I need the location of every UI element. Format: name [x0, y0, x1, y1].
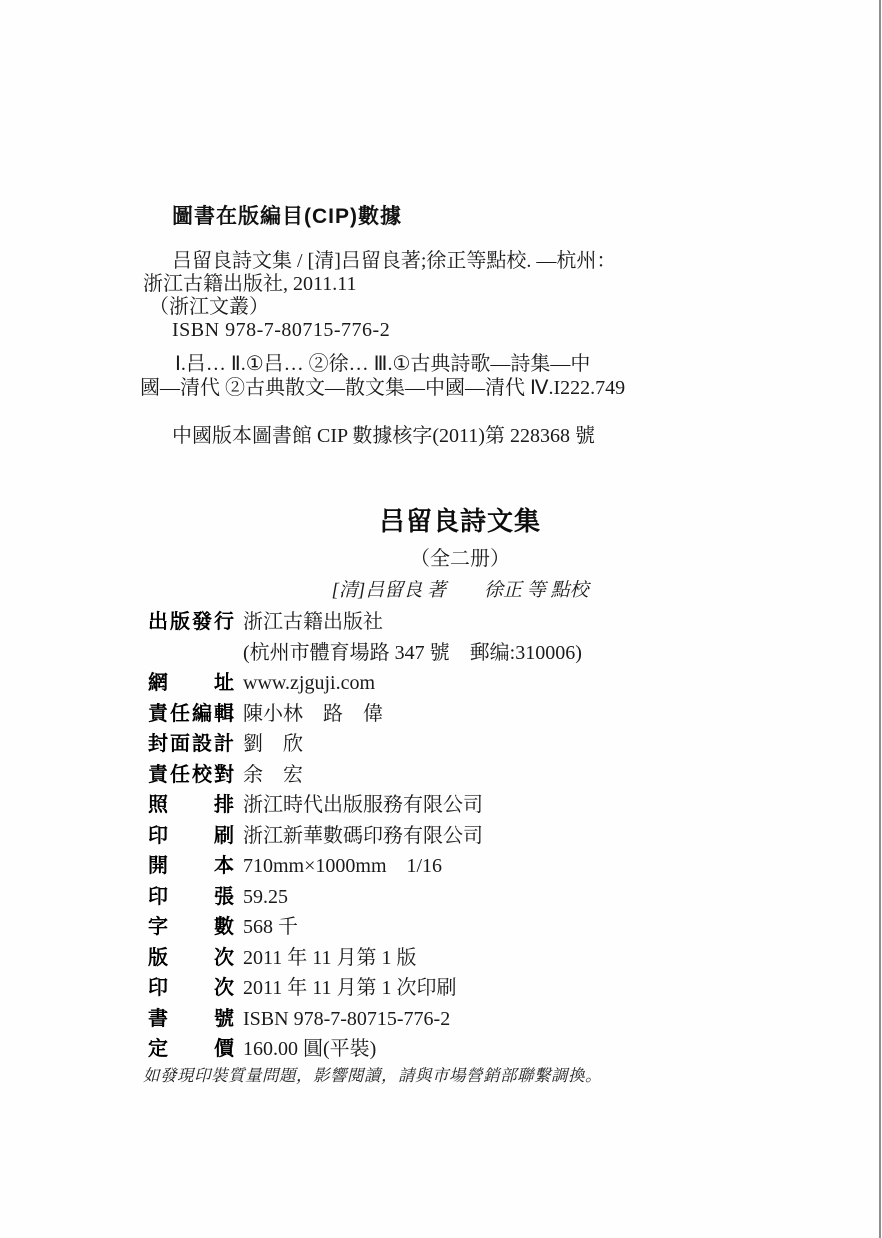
- info-row-label: 定價: [148, 1034, 234, 1065]
- info-row-value: 劉 欣: [243, 729, 303, 760]
- info-row: 印次2011 年 11 月第 1 次印刷: [148, 973, 582, 1004]
- cip-record-line: （浙江文叢）: [143, 296, 616, 319]
- info-row: 出版發行浙江古籍出版社: [148, 607, 582, 638]
- book-subtitle: （全二册）: [0, 546, 882, 572]
- cip-record-line: 浙江古籍出版社, 2011.11: [143, 273, 616, 296]
- info-row: 印刷浙江新華數碼印務有限公司: [148, 821, 582, 852]
- book-colophon-page: 圖書在版編目(CIP)數據 吕留良詩文集 / [清]吕留良著;徐正等點校. —杭…: [0, 0, 882, 1238]
- info-row-label: 印張: [148, 882, 234, 913]
- info-row-value: 浙江新華數碼印務有限公司: [243, 821, 483, 852]
- info-row-value: 浙江時代出版服務有限公司: [243, 790, 483, 821]
- info-row-value: 59.25: [243, 882, 288, 913]
- info-row: 網址www.zjguji.com: [148, 668, 582, 699]
- info-row-label: 責任校對: [148, 760, 234, 791]
- info-row: 責任編輯陳小林 路 偉: [148, 699, 582, 730]
- cip-classification-paragraph: Ⅰ.吕… Ⅱ.①吕… ②徐… Ⅲ.①古典詩歌—詩集—中 國—清代 ②古典散文—散…: [140, 352, 625, 400]
- info-row-value: www.zjguji.com: [243, 668, 375, 699]
- cip-classification-line: 國—清代 ②古典散文—散文集—中國—清代 Ⅳ.I222.749: [140, 376, 625, 400]
- info-row: 書號ISBN 978-7-80715-776-2: [148, 1004, 582, 1035]
- cip-classification-line: Ⅰ.吕… Ⅱ.①吕… ②徐… Ⅲ.①古典詩歌—詩集—中: [140, 352, 625, 376]
- info-row-value: 568 千: [243, 912, 298, 943]
- info-row-label: 網址: [148, 668, 234, 699]
- info-row-label: 封面設計: [148, 729, 234, 760]
- info-row-value: 2011 年 11 月第 1 次印刷: [243, 973, 457, 1004]
- title-block: 吕留良詩文集 （全二册） [清]吕留良 著 徐正 等 點校: [0, 504, 882, 603]
- info-row-value: 浙江古籍出版社: [243, 607, 383, 638]
- cip-record-line: 吕留良詩文集 / [清]吕留良著;徐正等點校. —杭州：: [143, 250, 616, 273]
- scan-edge-line: [879, 0, 881, 1238]
- info-row: 定價160.00 圓(平裝): [148, 1034, 582, 1065]
- quality-exchange-note: 如發現印裝質量問題，影響閱讀，請與市場營銷部聯繫調換。: [143, 1062, 602, 1086]
- info-row-value: (杭州市體育場路 347 號 郵编:310006): [243, 638, 582, 669]
- info-row: 版次2011 年 11 月第 1 版: [148, 943, 582, 974]
- info-row-label: 版次: [148, 943, 234, 974]
- info-row-label: 開本: [148, 851, 234, 882]
- info-row: 封面設計劉 欣: [148, 729, 582, 760]
- info-row-label: 字數: [148, 912, 234, 943]
- cip-record-paragraph: 吕留良詩文集 / [清]吕留良著;徐正等點校. —杭州： 浙江古籍出版社, 20…: [143, 250, 616, 342]
- info-row-label: 責任編輯: [148, 699, 234, 730]
- info-row-value: ISBN 978-7-80715-776-2: [243, 1004, 450, 1035]
- cip-record-number: 中國版本圖書館 CIP 數據核字(2011)第 228368 號: [172, 419, 595, 448]
- book-title: 吕留良詩文集: [0, 504, 882, 538]
- info-row-value: 710mm×1000mm 1/16: [243, 851, 442, 882]
- info-row: (杭州市體育場路 347 號 郵编:310006): [148, 638, 582, 669]
- info-row-label: 書號: [148, 1004, 234, 1035]
- info-row-value: 160.00 圓(平裝): [243, 1034, 376, 1065]
- info-row-value: 陳小林 路 偉: [243, 699, 383, 730]
- info-row-value: 余 宏: [243, 760, 303, 791]
- info-row-label: 照排: [148, 790, 234, 821]
- info-row: 印張59.25: [148, 882, 582, 913]
- info-row: 責任校對余 宏: [148, 760, 582, 791]
- info-row-label: 出版發行: [148, 607, 234, 638]
- cip-heading: 圖書在版編目(CIP)數據: [172, 200, 402, 230]
- publication-info-list: 出版發行浙江古籍出版社 (杭州市體育場路 347 號 郵编:310006) 網址…: [148, 607, 582, 1065]
- cip-record-line: ISBN 978-7-80715-776-2: [143, 319, 616, 342]
- info-row-value: 2011 年 11 月第 1 版: [243, 943, 417, 974]
- book-authors: [清]吕留良 著 徐正 等 點校: [0, 579, 882, 603]
- info-row: 字數568 千: [148, 912, 582, 943]
- info-row: 開本710mm×1000mm 1/16: [148, 851, 582, 882]
- info-row-label: 印次: [148, 973, 234, 1004]
- info-row: 照排浙江時代出版服務有限公司: [148, 790, 582, 821]
- info-row-label: 印刷: [148, 821, 234, 852]
